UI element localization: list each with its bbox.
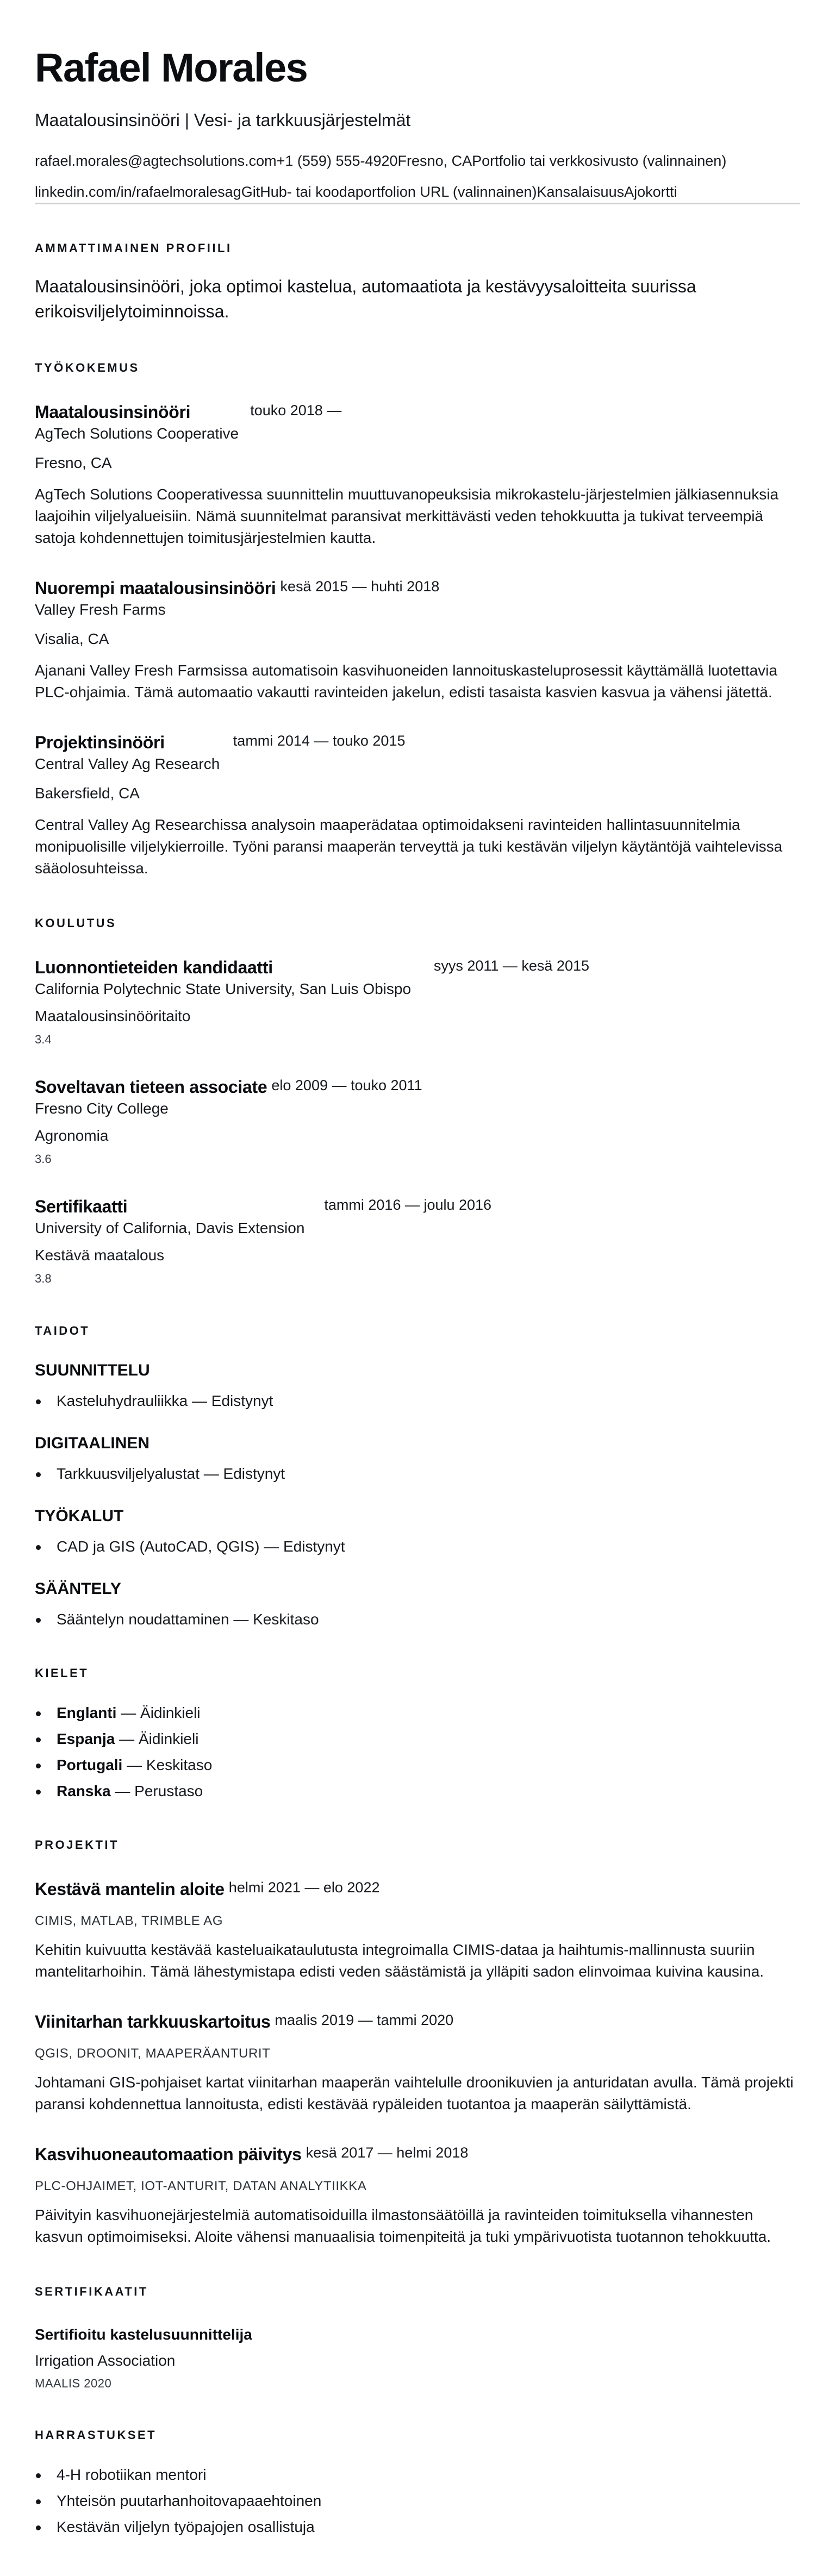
project-description: Kehitin kuivuutta kestävää kasteluaikata… xyxy=(35,1939,801,1983)
job-location: Visalia, CA xyxy=(35,629,800,649)
header-divider xyxy=(35,203,800,204)
language-name: Portugali xyxy=(57,1756,122,1773)
language-item: Espanja — Äidinkieli xyxy=(35,1729,800,1749)
experience-section: Työkokemus Maatalousinsinööri touko 2018… xyxy=(35,362,800,879)
profile-section: Ammattimainen profiili Maatalousinsinöör… xyxy=(35,242,800,324)
skill-category: Digitaalinen Tarkkuusviljelyalustat — Ed… xyxy=(35,1434,800,1484)
certifications-section: Sertifikaatit Sertifioitu kastelusuunnit… xyxy=(35,2286,800,2391)
section-heading: Kielet xyxy=(35,1667,800,1679)
degree-title: Soveltavan tieteen associate xyxy=(35,1076,267,1098)
section-heading: Projektit xyxy=(35,1839,800,1851)
projects-section: Projektit Kestävä mantelin aloite helmi … xyxy=(35,1839,800,2248)
github-link[interactable]: GitHub- tai koodaportfolion URL (valinna… xyxy=(241,184,537,200)
gpa: 3.8 xyxy=(35,1271,800,1287)
language-level: — Keskitaso xyxy=(122,1756,212,1773)
section-heading: Taidot xyxy=(35,1325,800,1337)
language-level: — Äidinkieli xyxy=(115,1730,198,1747)
certification-date: maalis 2020 xyxy=(35,2376,800,2391)
section-heading: Työkokemus xyxy=(35,362,800,374)
section-heading: Ammattimainen profiili xyxy=(35,242,800,254)
project-item: Kestävä mantelin aloite helmi 2021 — elo… xyxy=(35,1878,800,1983)
job-dates: tammi 2014 — touko 2015 xyxy=(233,731,406,750)
candidate-title: Maatalousinsinööri | Vesi- ja tarkkuusjä… xyxy=(35,110,800,130)
contact-row-secondary: linkedin.com/in/rafaelmoralesagGitHub- t… xyxy=(35,183,800,201)
language-item: Portugali — Keskitaso xyxy=(35,1755,800,1775)
certification-item: Sertifioitu kastelusuunnittelija Irrigat… xyxy=(35,2325,800,2391)
school-name: Fresno City College xyxy=(35,1099,800,1118)
language-item: Englanti — Äidinkieli xyxy=(35,1703,800,1723)
gpa: 3.4 xyxy=(35,1031,800,1048)
school-name: University of California, Davis Extensio… xyxy=(35,1218,800,1238)
project-item: Kasvihuoneautomaation päivitys kesä 2017… xyxy=(35,2143,800,2248)
contact-row-primary: rafael.morales@agtechsolutions.com+1 (55… xyxy=(35,152,800,170)
job-description: Ajanani Valley Fresh Farmsissa automatis… xyxy=(35,660,801,703)
certification-issuer: Irrigation Association xyxy=(35,2351,800,2371)
job-title: Nuorempi maatalousinsinööri xyxy=(35,577,276,599)
email-link[interactable]: rafael.morales@agtechsolutions.com xyxy=(35,153,277,169)
experience-item: Projektinsinööri tammi 2014 — touko 2015… xyxy=(35,731,800,879)
language-name: Espanja xyxy=(57,1730,115,1747)
project-tech: PLC-ohjaimet, IoT-anturit, datan analyti… xyxy=(35,2178,800,2194)
job-description: AgTech Solutions Cooperativessa suunnitt… xyxy=(35,484,801,549)
education-section: Koulutus Luonnontieteiden kandidaatti sy… xyxy=(35,917,800,1287)
skill-category: Suunnittelu Kasteluhydrauliikka — Edisty… xyxy=(35,1361,800,1411)
experience-item: Maatalousinsinööri touko 2018 — AgTech S… xyxy=(35,401,800,549)
interest-item: 4-H robotiikan mentori xyxy=(35,2465,800,2485)
field-of-study: Maatalousinsinööritaito xyxy=(35,1006,800,1026)
project-dates: helmi 2021 — elo 2022 xyxy=(229,1878,380,1897)
skills-section: Taidot Suunnittelu Kasteluhydrauliikka —… xyxy=(35,1325,800,1629)
project-dates: kesä 2017 — helmi 2018 xyxy=(306,2143,469,2162)
language-item: Ranska — Perustaso xyxy=(35,1781,800,1801)
experience-item: Nuorempi maatalousinsinööri kesä 2015 — … xyxy=(35,577,800,703)
degree-title: Luonnontieteiden kandidaatti xyxy=(35,956,273,978)
field-of-study: Agronomia xyxy=(35,1126,800,1146)
skill-item: Tarkkuusviljelyalustat — Edistynyt xyxy=(35,1464,800,1484)
certification-name: Sertifioitu kastelusuunnittelija xyxy=(35,2325,800,2344)
school-name: California Polytechnic State University,… xyxy=(35,979,800,999)
languages-section: Kielet Englanti — Äidinkieli Espanja — Ä… xyxy=(35,1667,800,1801)
interest-item: Yhteisön puutarhanhoitovapaaehtoinen xyxy=(35,2491,800,2511)
education-dates: tammi 2016 — joulu 2016 xyxy=(324,1196,491,1214)
language-level: — Perustaso xyxy=(111,1783,203,1799)
company-name: Central Valley Ag Research xyxy=(35,754,800,774)
resume-header: Rafael Morales Maatalousinsinööri | Vesi… xyxy=(35,48,800,204)
drivers-license-text: Ajokortti xyxy=(624,184,677,200)
job-title: Projektinsinööri xyxy=(35,731,165,753)
skill-category: Sääntely Sääntelyn noudattaminen — Keski… xyxy=(35,1579,800,1629)
skill-category-title: Suunnittelu xyxy=(35,1361,800,1380)
degree-title: Sertifikaatti xyxy=(35,1196,127,1217)
interest-item: Kestävän viljelyn työpajojen osallistuja xyxy=(35,2517,800,2537)
project-description: Päivityin kasvihuonejärjestelmiä automat… xyxy=(35,2204,801,2248)
job-title: Maatalousinsinööri xyxy=(35,401,190,423)
section-heading: Harrastukset xyxy=(35,2429,800,2441)
education-dates: syys 2011 — kesä 2015 xyxy=(434,956,589,975)
gpa: 3.6 xyxy=(35,1151,800,1167)
skill-category-title: Digitaalinen xyxy=(35,1434,800,1453)
resume-page: Rafael Morales Maatalousinsinööri | Vesi… xyxy=(0,0,835,2569)
field-of-study: Kestävä maatalous xyxy=(35,1246,800,1265)
skill-item: Sääntelyn noudattaminen — Keskitaso xyxy=(35,1610,800,1629)
profile-summary: Maatalousinsinööri, joka optimoi kastelu… xyxy=(35,274,790,324)
language-level: — Äidinkieli xyxy=(116,1704,200,1721)
project-dates: maalis 2019 — tammi 2020 xyxy=(275,2011,454,2029)
project-item: Viinitarhan tarkkuuskartoitus maalis 201… xyxy=(35,2011,800,2115)
project-title: Kasvihuoneautomaation päivitys xyxy=(35,2143,302,2165)
job-location: Fresno, CA xyxy=(35,453,800,473)
skill-category: Työkalut CAD ja GIS (AutoCAD, QGIS) — Ed… xyxy=(35,1506,800,1556)
candidate-name: Rafael Morales xyxy=(35,48,800,88)
location-text: Fresno, CA xyxy=(398,153,472,169)
skill-item: CAD ja GIS (AutoCAD, QGIS) — Edistynyt xyxy=(35,1537,800,1556)
education-dates: elo 2009 — touko 2011 xyxy=(271,1076,422,1095)
job-dates: kesä 2015 — huhti 2018 xyxy=(281,577,440,596)
job-location: Bakersfield, CA xyxy=(35,784,800,803)
portfolio-link[interactable]: Portfolio tai verkkosivusto (valinnainen… xyxy=(472,153,726,169)
job-dates: touko 2018 — xyxy=(250,401,341,420)
education-item: Soveltavan tieteen associate elo 2009 — … xyxy=(35,1076,800,1167)
interests-section: Harrastukset 4-H robotiikan mentori Yhte… xyxy=(35,2429,800,2537)
skill-category-title: Sääntely xyxy=(35,1579,800,1599)
section-heading: Sertifikaatit xyxy=(35,2286,800,2298)
skill-category-title: Työkalut xyxy=(35,1506,800,1526)
skill-item: Kasteluhydrauliikka — Edistynyt xyxy=(35,1391,800,1411)
linkedin-link[interactable]: linkedin.com/in/rafaelmoralesag xyxy=(35,184,241,200)
project-description: Johtamani GIS-pohjaiset kartat viinitarh… xyxy=(35,2072,801,2115)
section-heading: Koulutus xyxy=(35,917,800,929)
project-tech: CIMIS, MATLAB, Trimble Ag xyxy=(35,1913,800,1929)
phone-link[interactable]: +1 (559) 555-4920 xyxy=(277,153,398,169)
project-title: Viinitarhan tarkkuuskartoitus xyxy=(35,2011,271,2033)
language-name: Ranska xyxy=(57,1783,111,1799)
citizenship-text: Kansalaisuus xyxy=(537,184,624,200)
job-description: Central Valley Ag Researchissa analysoin… xyxy=(35,814,801,879)
education-item: Luonnontieteiden kandidaatti syys 2011 —… xyxy=(35,956,800,1048)
education-item: Sertifikaatti tammi 2016 — joulu 2016 Un… xyxy=(35,1196,800,1287)
language-name: Englanti xyxy=(57,1704,116,1721)
project-title: Kestävä mantelin aloite xyxy=(35,1878,225,1900)
company-name: Valley Fresh Farms xyxy=(35,600,800,620)
company-name: AgTech Solutions Cooperative xyxy=(35,424,800,443)
project-tech: QGIS, droonit, maaperäanturit xyxy=(35,2046,800,2062)
